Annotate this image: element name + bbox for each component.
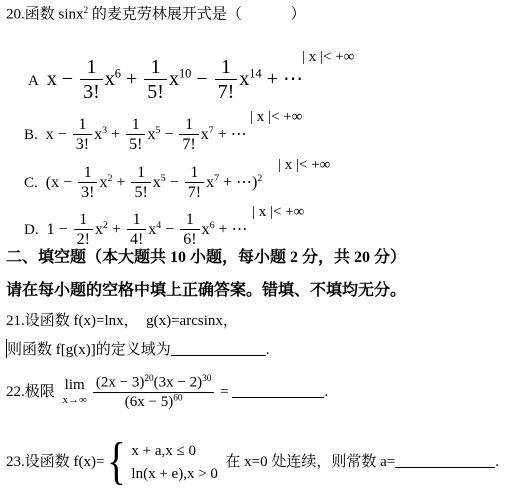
fraction: (2x − 3)20(3x − 2)30(6x − 5)60 xyxy=(93,374,215,411)
fraction: 14! xyxy=(127,211,146,250)
superscript: 60 xyxy=(173,393,182,403)
question-21-line-1: 21.设函数 f(x)=lnx， g(x)=arcsinx， xyxy=(6,312,238,332)
option-a-label: A xyxy=(28,73,39,89)
superscript: 10 xyxy=(179,66,191,80)
option-c-formula: (x − 13!x2 + 15!x5 − 17!x7 + ⋯)2 xyxy=(46,174,263,191)
option-d-range: | x |< +∞ xyxy=(252,204,304,221)
superscript: 2 xyxy=(257,173,262,184)
fraction: 16! xyxy=(180,211,199,250)
superscript: 30 xyxy=(202,374,211,384)
answer-blank[interactable] xyxy=(232,383,324,398)
option-b-formula: x − 13!x3 + 15!x5 − 17!x7 + ⋯ xyxy=(46,126,247,143)
fraction: 12! xyxy=(74,211,93,250)
option-d-formula: 1 − 12!x2 + 14!x4 − 16!x6 + ⋯ xyxy=(47,221,248,238)
question-21-line-2: 则函数 f[g(x)]的定义域为. xyxy=(6,339,269,361)
question-22-line: 22.极限 limx→∞(2x − 3)20(3x − 2)30(6x − 5)… xyxy=(6,374,328,411)
superscript: 14 xyxy=(249,66,261,80)
option-a-range: | x |< +∞ xyxy=(302,49,354,66)
section-2-title: 二、填空题（本大题共 10 小题，每小题 2 分，共 20 分） xyxy=(6,248,406,269)
option-d-label: D. xyxy=(24,222,39,238)
exam-document[interactable]: 20.函数 sinx2 的麦克劳林展开式是（ ） Ax − 13!x6 + 15… xyxy=(0,0,530,490)
limit-operator: limx→∞ xyxy=(63,378,87,406)
option-c-label: C. xyxy=(24,175,38,191)
fraction: 17! xyxy=(215,56,238,104)
question-20-stem: 20.函数 sinx2 的麦克劳林展开式是（ ） xyxy=(6,5,306,25)
option-d-row: D.1 − 12!x2 + 14!x4 − 16!x6 + ⋯ | x |< +… xyxy=(8,193,248,286)
question-23-line: 23.设函数 f(x)={x + a,x ≤ 0ln(x + e),x > 0 … xyxy=(6,440,499,485)
option-b-label: B. xyxy=(24,127,38,143)
answer-blank[interactable] xyxy=(395,453,495,468)
option-c-range: | x |< +∞ xyxy=(278,157,330,174)
cases-brace: { xyxy=(108,440,127,484)
option-a-formula: x − 13!x6 + 15!x10 − 17!x14 + ⋯ xyxy=(47,68,303,90)
piecewise-cases: {x + a,x ≤ 0ln(x + e),x > 0 xyxy=(104,440,217,485)
fraction: 15! xyxy=(144,56,167,104)
superscript: 20 xyxy=(144,374,153,384)
fraction: 13! xyxy=(80,56,103,104)
section-2-note: 请在每小题的空格中填上正确答案。错填、不填均无分。 xyxy=(6,281,406,302)
answer-blank[interactable] xyxy=(171,341,266,356)
option-b-range: | x |< +∞ xyxy=(250,109,302,126)
